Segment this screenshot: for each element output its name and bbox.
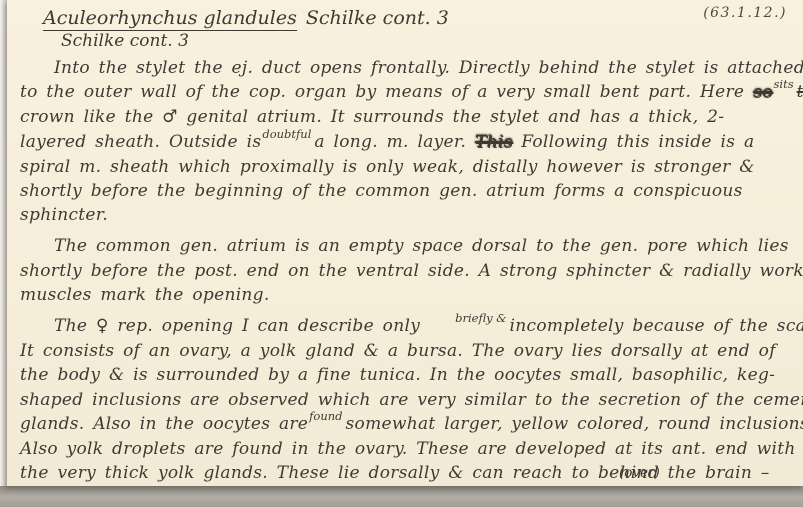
handwritten-line: Also yolk droplets are found in the ovar… bbox=[20, 437, 795, 461]
handwritten-line: layered sheath. Outside isdoubtfula long… bbox=[20, 130, 795, 155]
text-segment: Also yolk droplets are found in the ovar… bbox=[20, 439, 796, 459]
text-segment: It consists of an ovary, a yolk gland & … bbox=[20, 341, 776, 361]
text-segment: crown like the ♂ genital atrium. It surr… bbox=[20, 107, 724, 127]
inserted-word: briefly & bbox=[421, 306, 506, 330]
text-segment: layered sheath. Outside is bbox=[20, 132, 261, 152]
index-card: (63.1.12.) Aculeorhynchus glandulesSchil… bbox=[7, 0, 803, 486]
text-segment: sphincter. bbox=[20, 205, 108, 225]
text-segment: a long. m. layer. bbox=[314, 132, 474, 152]
handwritten-line: Into the stylet the ej. duct opens front… bbox=[20, 56, 795, 80]
text-segment: shaped inclusions are observed which are… bbox=[20, 390, 803, 410]
handwritten-line: The common gen. atrium is an empty space… bbox=[20, 234, 795, 258]
handwritten-line: crown like the ♂ genital atrium. It surr… bbox=[20, 105, 795, 129]
text-segment: Following this inside is a bbox=[513, 132, 755, 152]
card-title-source: Schilke cont. 3 bbox=[306, 7, 449, 29]
text-segment: somewhat larger, yellow colored, round i… bbox=[346, 414, 803, 434]
handwritten-line: shortly before the beginning of the comm… bbox=[20, 179, 795, 203]
handwritten-line: It consists of an ovary, a yolk gland & … bbox=[20, 339, 795, 363]
text-segment: to the outer wall of the cop. organ by m… bbox=[20, 82, 753, 102]
scan-bottom-edge bbox=[0, 486, 803, 507]
card-body: Into the stylet the ej. duct opens front… bbox=[7, 51, 803, 485]
struck-word: the bbox=[797, 82, 803, 102]
handwritten-line: The ♀ rep. opening I can describe onlybr… bbox=[20, 314, 795, 339]
handwritten-line: the very thick yolk glands. These lie do… bbox=[20, 461, 795, 485]
paragraph: The common gen. atrium is an empty space… bbox=[20, 234, 795, 307]
text-segment: Into the stylet the ej. duct opens front… bbox=[54, 58, 803, 78]
inserted-word: sits bbox=[774, 72, 794, 96]
scan-left-edge bbox=[0, 0, 7, 489]
text-segment: incompletely because of the scarce mater… bbox=[510, 316, 803, 336]
scanned-card-page: (63.1.12.) Aculeorhynchus glandulesSchil… bbox=[0, 0, 803, 507]
text-segment: The ♀ rep. opening I can describe only bbox=[54, 316, 420, 336]
card-subtitle: Schilke cont. 3 bbox=[7, 31, 803, 51]
handwritten-line: sphincter. bbox=[20, 203, 795, 227]
handwritten-line: spiral m. sheath which proximally is onl… bbox=[20, 155, 795, 179]
struck-word: This bbox=[475, 132, 513, 152]
text-segment: The common gen. atrium is an empty space… bbox=[54, 236, 789, 256]
inserted-word: found bbox=[309, 404, 342, 428]
card-title: Aculeorhynchus glandulesSchilke cont. 3 bbox=[7, 0, 803, 29]
corner-catalog-number: (63.1.12.) bbox=[703, 5, 787, 21]
text-segment: spiral m. sheath which proximally is onl… bbox=[20, 157, 755, 177]
text-segment: shortly before the post. end on the vent… bbox=[20, 261, 803, 281]
inserted-word: doubtful bbox=[262, 122, 311, 146]
handwritten-line: to the outer wall of the cop. organ by m… bbox=[20, 80, 795, 105]
text-segment: glands. Also in the oocytes are bbox=[20, 414, 308, 434]
handwritten-line: the body & is surrounded by a fine tunic… bbox=[20, 363, 795, 387]
struck-word: so bbox=[753, 82, 773, 102]
text-segment: shortly before the beginning of the comm… bbox=[20, 181, 743, 201]
paragraph: Into the stylet the ej. duct opens front… bbox=[20, 56, 795, 227]
handwritten-line: glands. Also in the oocytes arefoundsome… bbox=[20, 412, 795, 437]
card-title-species: Aculeorhynchus glandules bbox=[43, 7, 297, 31]
handwritten-line: shortly before the post. end on the vent… bbox=[20, 259, 795, 283]
paragraph: The ♀ rep. opening I can describe onlybr… bbox=[20, 314, 795, 485]
handwritten-line: muscles mark the opening. bbox=[20, 283, 795, 307]
text-segment: the body & is surrounded by a fine tunic… bbox=[20, 365, 775, 385]
text-segment: muscles mark the opening. bbox=[20, 285, 270, 305]
over-note: (over) bbox=[619, 465, 660, 481]
handwritten-line: shaped inclusions are observed which are… bbox=[20, 388, 795, 412]
